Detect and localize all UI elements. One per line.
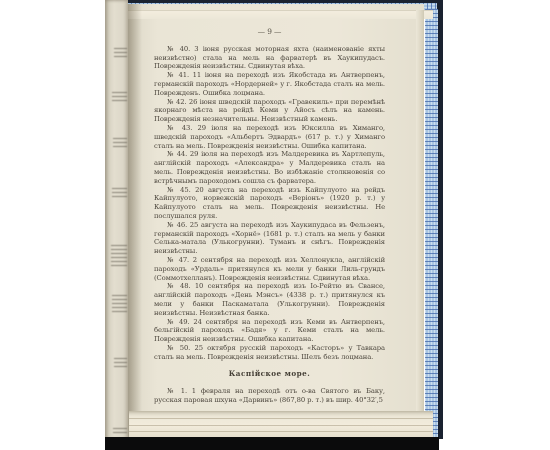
- book-photo: — 9 — № 40. 3 іюня русская моторная яхта…: [105, 0, 443, 450]
- cutoff-text-smudge: [114, 358, 127, 368]
- page-right-edge: [416, 10, 424, 437]
- endpaper-pattern-right: [425, 9, 438, 438]
- entry-paragraph: № 43. 29 іюля на переходѣ изъ Юксилла въ…: [154, 124, 385, 150]
- page-edge-line: [129, 418, 433, 419]
- left-page-sliver: [105, 0, 128, 440]
- book-bottom-shadow: [105, 437, 439, 450]
- entry-paragraph: № 49. 24 сентября на переходѣ изъ Кеми в…: [154, 318, 385, 344]
- screenshot-root: { "page": { "number": "— 9 —", "entries"…: [0, 0, 550, 450]
- entry-paragraph: № 45. 20 августа на переходѣ изъ Кайпулу…: [154, 186, 385, 221]
- entry-paragraph: № 40. 3 іюня русская моторная яхта (наим…: [154, 45, 385, 71]
- section-heading-caspian-sea: Каспійское море.: [154, 370, 385, 379]
- cutoff-text-smudge: [114, 48, 127, 58]
- cutoff-text-smudge: [113, 138, 127, 148]
- entry-paragraph: № 50. 25 октября русскій пароходъ «Касто…: [154, 344, 385, 362]
- page-text-block: — 9 — № 40. 3 іюня русская моторная яхта…: [154, 28, 385, 405]
- page-number: — 9 —: [154, 28, 385, 37]
- page-bottom-edges: [129, 411, 433, 437]
- entry-paragraph: № 46. 25 августа на переходѣ изъ Хаукипу…: [154, 221, 385, 256]
- entry-paragraph: № 48. 10 сентября на переходѣ изъ Іо-Рей…: [154, 282, 385, 317]
- page-edge-line: [129, 425, 433, 426]
- entry-paragraph: № 41. 11 іюня на переходѣ изъ Якобстада …: [154, 71, 385, 97]
- entry-paragraph: № 42. 26 іюня шведскій пароходъ «Гравеки…: [154, 98, 385, 124]
- entry-paragraph: № 1. 1 февраля на переходѣ отъ о-ва Свят…: [154, 387, 385, 405]
- cutoff-text-smudge: [112, 92, 127, 102]
- page-top-edge: [128, 10, 433, 19]
- entry-paragraph: № 47. 2 сентября на переходѣ изъ Хеллону…: [154, 256, 385, 282]
- cutoff-text-smudge: [112, 188, 127, 198]
- gutter-shadow: [128, 4, 142, 437]
- page-edge-line: [129, 431, 433, 432]
- cutoff-text-smudge: [112, 295, 127, 313]
- entry-paragraph: № 44. 29 іюля на переходѣ изъ Малдеревик…: [154, 150, 385, 185]
- cutoff-text-smudge: [111, 245, 127, 267]
- cutoff-text-smudge: [113, 428, 127, 436]
